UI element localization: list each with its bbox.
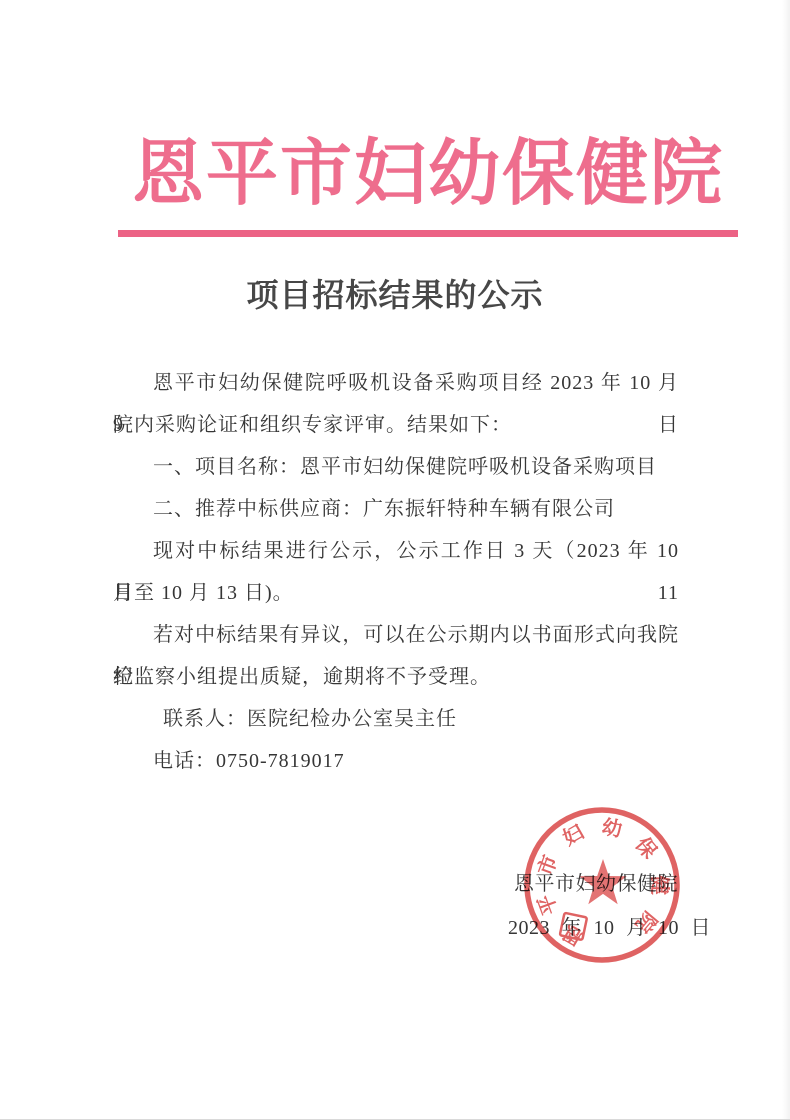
signature-date: 2023 年 10 月 10 日 (508, 911, 711, 940)
body-line: 二、推荐中标供应商：广东振轩特种车辆有限公司 (113, 488, 679, 530)
signature-org: 恩平市妇幼保健院 (514, 867, 678, 896)
body-line: 若对中标结果有异议，可以在公示期内以书面形式向我院纪 (113, 614, 679, 656)
body-line-phone: 电话：0750-7819017 (113, 740, 679, 782)
stamp-arc-char: 保 (631, 833, 661, 863)
letterhead-hospital-name: 恩平市妇幼保健院 (118, 122, 738, 226)
notice-body: 恩平市妇幼保健院呼吸机设备采购项目经 2023 年 10 月 9 日 院内采购论… (113, 362, 679, 782)
body-line: 现对中标结果进行公示，公示工作日 3 天（2023 年 10 月 11 (113, 530, 679, 572)
body-line: 一、项目名称：恩平市妇幼保健院呼吸机设备采购项目 (113, 446, 679, 488)
document-page: 恩平市妇幼保健院 项目招标结果的公示 恩平市妇幼保健院呼吸机设备采购项目经 20… (0, 0, 790, 1120)
stamp-arc-char: 幼 (600, 815, 624, 841)
body-line: 检监察小组提出质疑，逾期将不予受理。 (113, 656, 679, 698)
stamp-arc-char: 妇 (558, 819, 587, 850)
letterhead-divider (118, 230, 738, 237)
scan-edge-shade (782, 0, 790, 1119)
body-line-contact: 联系人：医院纪检办公室吴主任 (113, 698, 679, 740)
body-line: 恩平市妇幼保健院呼吸机设备采购项目经 2023 年 10 月 9 日 (113, 362, 679, 404)
notice-title: 项目招标结果的公示 (0, 274, 790, 316)
